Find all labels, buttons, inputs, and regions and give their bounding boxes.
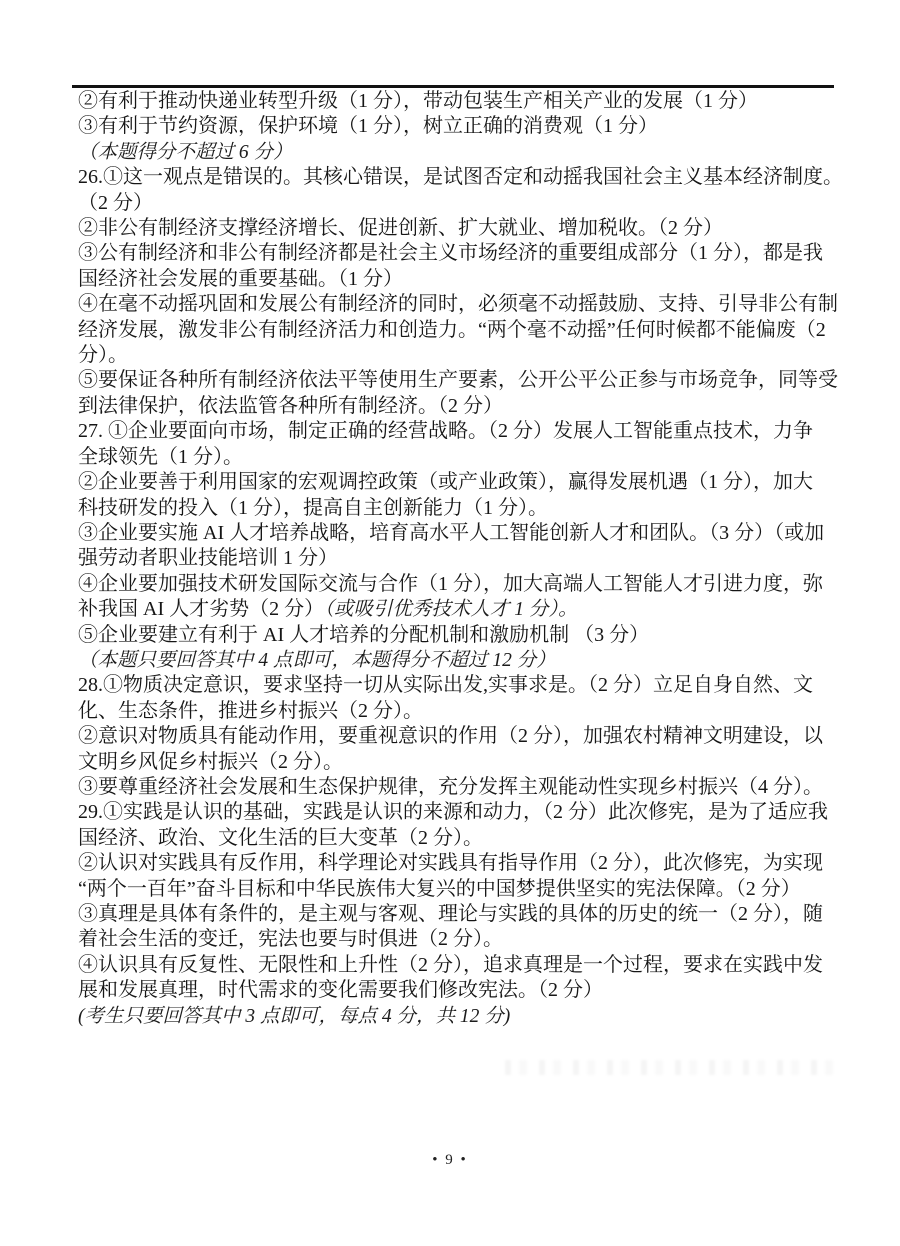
doc-text: 26.①这一观点是错误的。其核心错误，是试图否定和动摇我国社会主义基本经济制度。	[78, 166, 843, 188]
doc-line: ③有利于节约资源，保护环境（1 分），树立正确的消费观（1 分）	[78, 114, 848, 139]
page-number: • 9 •	[0, 1152, 900, 1169]
doc-text: 经济发展，激发非公有制经济活力和创造力。“两个毫不动摇”任何时候都不能偏废（2	[78, 319, 826, 341]
doc-line: ⑤企业要建立有利于 AI 人才培养的分配机制和激励机制 （3 分）	[78, 623, 848, 648]
doc-text: 展和发展真理，时代需求的变化需要我们修改宪法。（2 分）	[78, 979, 603, 1001]
doc-line: 国经济社会发展的重要基础。（1 分）	[78, 267, 848, 292]
doc-line: 强劳动者职业技能培训 1 分）	[78, 546, 848, 571]
doc-text-kai: (考生只要回答其中 3 点即可，每点 4 分，共 12 分)	[78, 1006, 510, 1027]
doc-text: ③要尊重经济社会发展和生态保护规律，充分发挥主观能动性实现乡村振兴（4 分）。	[78, 776, 823, 798]
doc-text: ④在毫不动摇巩固和发展公有制经济的同时，必须毫不动摇鼓励、支持、引导非公有制	[78, 293, 838, 315]
doc-line: ④在毫不动摇巩固和发展公有制经济的同时，必须毫不动摇鼓励、支持、引导非公有制	[78, 292, 848, 317]
doc-line: ③真理是具体有条件的，是主观与客观、理论与实践的具体的历史的统一（2 分），随	[78, 902, 848, 927]
doc-text: ⑤要保证各种所有制经济依法平等使用生产要素，公开公平公正参与市场竞争，同等受	[78, 369, 838, 391]
doc-text: ⑤企业要建立有利于 AI 人才培养的分配机制和激励机制 （3 分）	[78, 624, 649, 646]
doc-text: ②有利于推动快递业转型升级（1 分），带动包装生产相关产业的发展（1 分）	[78, 90, 758, 112]
doc-text: ③有利于节约资源，保护环境（1 分），树立正确的消费观（1 分）	[78, 115, 658, 137]
doc-line: ⑤要保证各种所有制经济依法平等使用生产要素，公开公平公正参与市场竞争，同等受	[78, 368, 848, 393]
doc-text-kai: （本题只要回答其中 4 点即可，本题得分不超过 12 分）	[78, 650, 556, 671]
doc-text: ③真理是具体有条件的，是主观与客观、理论与实践的具体的历史的统一（2 分），随	[78, 903, 823, 925]
doc-line: ②企业要善于利用国家的宏观调控政策（或产业政策），赢得发展机遇（1 分），加大	[78, 470, 848, 495]
doc-line: ②认识对实践具有反作用，科学理论对实践具有指导作用（2 分），此次修宪，为实现	[78, 851, 848, 876]
doc-text: 27. ①企业要面向市场，制定正确的经营战略。（2 分）发展人工智能重点技术，力…	[78, 420, 813, 442]
doc-line: (考生只要回答其中 3 点即可，每点 4 分，共 12 分)	[78, 1004, 848, 1029]
doc-text: 科技研发的投入（1 分），提高自主创新能力（1 分）。	[78, 497, 548, 519]
doc-line: ②有利于推动快递业转型升级（1 分），带动包装生产相关产业的发展（1 分）	[78, 89, 848, 114]
doc-line: 26.①这一观点是错误的。其核心错误，是试图否定和动摇我国社会主义基本经济制度。	[78, 165, 848, 190]
doc-line: ④企业要加强技术研发国际交流与合作（1 分），加大高端人工智能人才引进力度，弥	[78, 572, 848, 597]
doc-text-kai: （或吸引优秀技术人才 1 分）。	[324, 599, 578, 620]
doc-text: ③企业要实施 AI 人才培养战略，培育高水平人工智能创新人才和团队。（3 分）（…	[78, 522, 824, 544]
doc-text: 到法律保护，依法监管各种所有制经济。（2 分）	[78, 395, 503, 417]
doc-line: “两个一百年”奋斗目标和中华民族伟大复兴的中国梦提供坚实的宪法保障。（2 分）	[78, 877, 848, 902]
doc-text: 分）。	[78, 344, 128, 366]
doc-text: “两个一百年”奋斗目标和中华民族伟大复兴的中国梦提供坚实的宪法保障。（2 分）	[78, 878, 801, 900]
doc-text: 化、生态条件，推进乡村振兴（2 分）。	[78, 700, 423, 722]
doc-line: （本题只要回答其中 4 点即可，本题得分不超过 12 分）	[78, 648, 848, 673]
doc-text: 强劳动者职业技能培训 1 分）	[78, 547, 338, 569]
doc-text: ②企业要善于利用国家的宏观调控政策（或产业政策），赢得发展机遇（1 分），加大	[78, 471, 813, 493]
doc-line: 经济发展，激发非公有制经济活力和创造力。“两个毫不动摇”任何时候都不能偏废（2	[78, 318, 848, 343]
doc-line: ③公有制经济和非公有制经济都是社会主义市场经济的重要组成部分（1 分），都是我	[78, 241, 848, 266]
doc-line: 27. ①企业要面向市场，制定正确的经营战略。（2 分）发展人工智能重点技术，力…	[78, 419, 848, 444]
doc-text: 29.①实践是认识的基础，实践是认识的来源和动力，（2 分）此次修宪，是为了适应…	[78, 801, 828, 823]
doc-line: 着社会生活的变迁，宪法也要与时俱进（2 分）。	[78, 927, 848, 952]
doc-line: ③要尊重经济社会发展和生态保护规律，充分发挥主观能动性实现乡村振兴（4 分）。	[78, 775, 848, 800]
doc-text: ②非公有制经济支撑经济增长、促进创新、扩大就业、增加税收。（2 分）	[78, 217, 723, 239]
doc-line: ③企业要实施 AI 人才培养战略，培育高水平人工智能创新人才和团队。（3 分）（…	[78, 521, 848, 546]
scanned-answer-page: ②有利于推动快递业转型升级（1 分），带动包装生产相关产业的发展（1 分）③有利…	[0, 0, 900, 1246]
doc-line: 化、生态条件，推进乡村振兴（2 分）。	[78, 699, 848, 724]
top-rule-divider	[72, 85, 834, 88]
doc-line: ②意识对物质具有能动作用，要重视意识的作用（2 分），加强农村精神文明建设，以	[78, 724, 848, 749]
doc-line: ②非公有制经济支撑经济增长、促进创新、扩大就业、增加税收。（2 分）	[78, 216, 848, 241]
doc-text: ④认识具有反复性、无限性和上升性（2 分），追求真理是一个过程，要求在实践中发	[78, 954, 823, 976]
scan-artifact-smudge	[505, 1060, 840, 1075]
doc-line: （本题得分不超过 6 分）	[78, 140, 848, 165]
document-body: ②有利于推动快递业转型升级（1 分），带动包装生产相关产业的发展（1 分）③有利…	[78, 89, 848, 1029]
doc-line: 28.①物质决定意识，要求坚持一切从实际出发,实事求是。（2 分）立足自身自然、…	[78, 673, 848, 698]
doc-text: ②认识对实践具有反作用，科学理论对实践具有指导作用（2 分），此次修宪，为实现	[78, 852, 823, 874]
doc-text: 补我国 AI 人才劣势（2 分）	[78, 598, 324, 620]
doc-line: 29.①实践是认识的基础，实践是认识的来源和动力，（2 分）此次修宪，是为了适应…	[78, 800, 848, 825]
doc-line: 科技研发的投入（1 分），提高自主创新能力（1 分）。	[78, 496, 848, 521]
doc-text: 全球领先（1 分）。	[78, 446, 243, 468]
doc-line: ④认识具有反复性、无限性和上升性（2 分），追求真理是一个过程，要求在实践中发	[78, 953, 848, 978]
doc-line: 到法律保护，依法监管各种所有制经济。（2 分）	[78, 394, 848, 419]
doc-text-kai: （本题得分不超过 6 分）	[78, 142, 293, 163]
doc-line: 展和发展真理，时代需求的变化需要我们修改宪法。（2 分）	[78, 978, 848, 1003]
doc-text: （2 分）	[78, 192, 153, 214]
doc-text: ②意识对物质具有能动作用，要重视意识的作用（2 分），加强农村精神文明建设，以	[78, 725, 823, 747]
doc-line: 国经济、政治、文化生活的巨大变革（2 分）。	[78, 826, 848, 851]
doc-line: 全球领先（1 分）。	[78, 445, 848, 470]
doc-text: 文明乡风促乡村振兴（2 分）。	[78, 751, 343, 773]
doc-text: 国经济、政治、文化生活的巨大变革（2 分）。	[78, 827, 483, 849]
doc-text: 28.①物质决定意识，要求坚持一切从实际出发,实事求是。（2 分）立足自身自然、…	[78, 674, 813, 696]
doc-text: 国经济社会发展的重要基础。（1 分）	[78, 268, 403, 290]
doc-line: 分）。	[78, 343, 848, 368]
doc-text: ④企业要加强技术研发国际交流与合作（1 分），加大高端人工智能人才引进力度，弥	[78, 573, 823, 595]
doc-text: 着社会生活的变迁，宪法也要与时俱进（2 分）。	[78, 928, 503, 950]
doc-line: 补我国 AI 人才劣势（2 分）（或吸引优秀技术人才 1 分）。	[78, 597, 848, 622]
doc-line: （2 分）	[78, 191, 848, 216]
doc-line: 文明乡风促乡村振兴（2 分）。	[78, 750, 848, 775]
doc-text: ③公有制经济和非公有制经济都是社会主义市场经济的重要组成部分（1 分），都是我	[78, 242, 823, 264]
